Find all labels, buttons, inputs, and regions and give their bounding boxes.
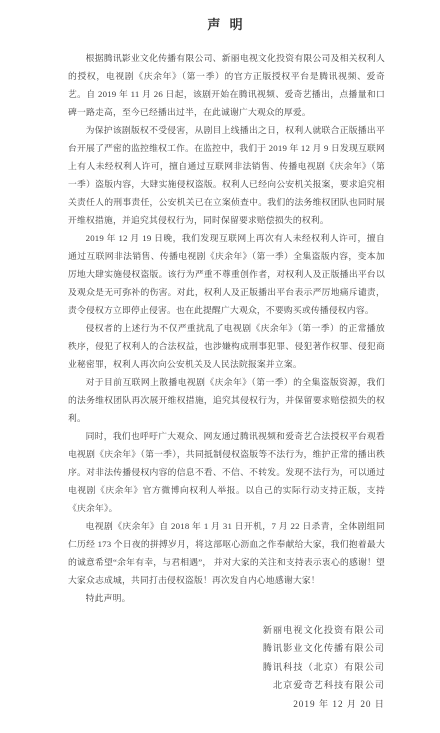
paragraph: 根据腾讯影业文化传播有限公司、新丽电视文化投资有限公司及相关权利人的授权，电视剧… [68,49,385,121]
paragraph: 特此声明。 [68,589,385,607]
signature-company: 北京爱奇艺科技有限公司 [68,676,385,694]
paragraph: 电视剧《庆余年》自 2018 年 1 月 31 日开机，7 月 22 日杀青，全… [68,517,385,589]
document-body: 根据腾讯影业文化传播有限公司、新丽电视文化投资有限公司及相关权利人的授权，电视剧… [68,49,385,607]
paragraph: 2019 年 12 月 19 日晚，我们发现互联网上再次有人未经权利人许可，擅自… [68,229,385,319]
document-title: 声 明 [68,16,385,33]
signature-block: 新丽电视文化投资有限公司腾讯影业文化传播有限公司腾讯科技（北京）有限公司北京爱奇… [68,621,385,695]
signature-company: 腾讯科技（北京）有限公司 [68,658,385,676]
signature-company: 腾讯影业文化传播有限公司 [68,639,385,657]
paragraph: 侵权者的上述行为不仅严重扰乱了电视剧《庆余年》（第一季）的正常播放秩序，侵犯了权… [68,319,385,373]
signature-company: 新丽电视文化投资有限公司 [68,621,385,639]
paragraph: 同时，我们也呼吁广大观众、网友通过腾讯视频和爱奇艺合法授权平台观看电视剧《庆余年… [68,427,385,517]
paragraph: 对于目前互联网上散播电视剧《庆余年》（第一季）的全集盗版资源，我们的法务维权团队… [68,373,385,427]
paragraph: 为保护该剧版权不受侵害，从剧目上线播出之日，权利人就联合正版播出平台开展了严密的… [68,121,385,229]
statement-document: 声 明 根据腾讯影业文化传播有限公司、新丽电视文化投资有限公司及相关权利人的授权… [0,0,440,733]
signature-date: 2019 年 12 月 20 日 [68,695,385,713]
